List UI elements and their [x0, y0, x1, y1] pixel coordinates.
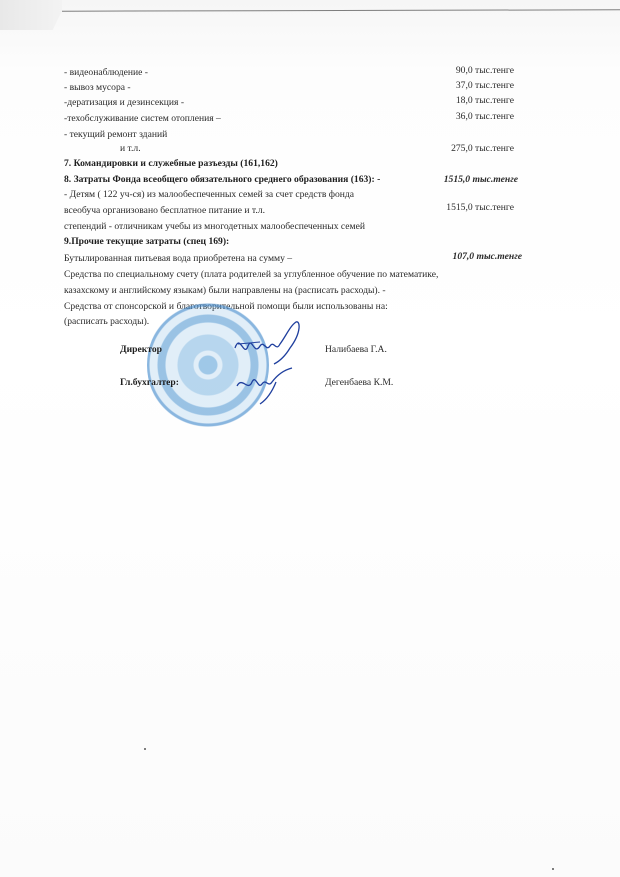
- scan-edge-shadow: [0, 0, 62, 30]
- section-9-heading: 9.Прочие текущие затраты (спец 169):: [64, 236, 229, 248]
- section-8-line: - Детям ( 122 уч-ся) из малообеспеченных…: [64, 189, 354, 201]
- section-9-line: Бутылированная питьевая вода приобретена…: [64, 253, 292, 265]
- accountant-signature-icon: [232, 366, 302, 406]
- accountant-label: Гл.бухгалтер:: [120, 377, 179, 389]
- item-label: -дератизация и дезинсекция -: [64, 97, 184, 109]
- scanned-page: - видеонаблюдение - 90,0 тыс.тенге - выв…: [0, 0, 620, 877]
- section-8-line: всеобуча организовано бесплатное питание…: [64, 205, 265, 217]
- accountant-name: Дегенбаева К.М.: [325, 377, 393, 389]
- director-name: Налибаева Г.А.: [325, 344, 387, 356]
- item-label: - текущий ремонт зданий: [64, 129, 167, 141]
- section-9-line: Средства по специальному счету (плата ро…: [64, 269, 438, 281]
- section-8-line: степендий - отличникам учебы из многодет…: [64, 221, 365, 233]
- item-label: и т.л.: [120, 143, 141, 155]
- section-8-amount: 1515,0 тыс.тенге: [446, 202, 514, 214]
- item-amount: 90,0 тыс.тенге: [456, 65, 514, 77]
- scan-top-edge: [62, 9, 620, 11]
- scan-speck: [144, 748, 146, 750]
- item-amount: 36,0 тыс.тенге: [456, 111, 514, 123]
- section-8-total: 1515,0 тыс.тенге: [444, 174, 518, 186]
- item-amount: 37,0 тыс.тенге: [456, 80, 514, 92]
- section-9-water-amount: 107,0 тыс.тенге: [453, 251, 522, 263]
- scan-speck: [552, 868, 554, 870]
- section-7-heading: 7. Командировки и служебные разъезды (16…: [64, 158, 278, 170]
- item-label: - видеонаблюдение -: [64, 67, 148, 79]
- item-amount: 18,0 тыс.тенге: [456, 95, 514, 107]
- section-8-heading: 8. Затраты Фонда всеобщего обязательного…: [64, 174, 380, 186]
- director-signature-icon: [230, 318, 310, 368]
- item-label: - вывоз мусора -: [64, 82, 131, 94]
- item-amount: 275,0 тыс.тенге: [451, 143, 514, 155]
- section-9-line: (расписать расходы).: [64, 316, 149, 328]
- item-label: -техобслуживание систем отопления –: [64, 113, 221, 125]
- section-9-line: казахскому и английскому языкам) были на…: [64, 285, 386, 297]
- director-label: Директор: [120, 344, 162, 356]
